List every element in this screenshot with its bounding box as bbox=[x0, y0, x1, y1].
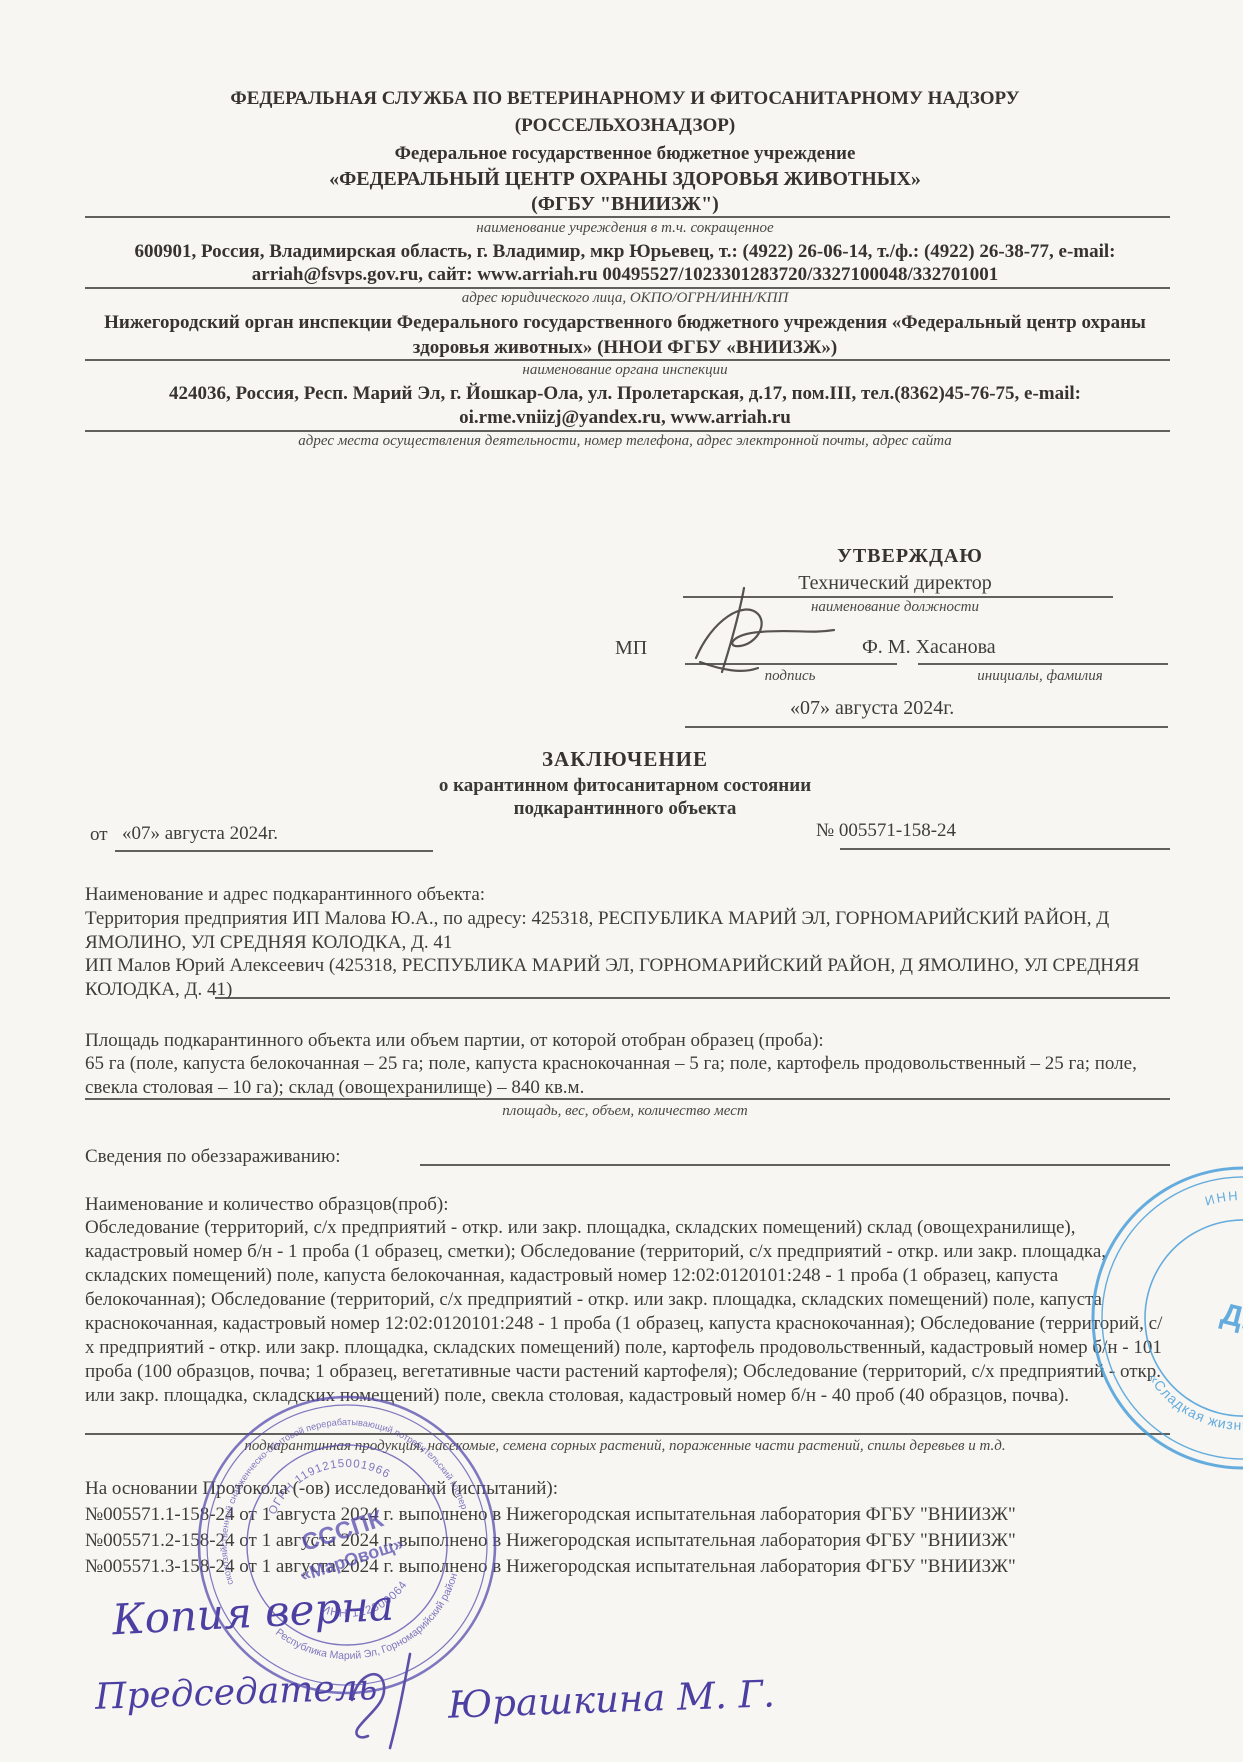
area-label: Площадь подкарантинного объекта или объе… bbox=[85, 1029, 1165, 1053]
approval-date: «07» августа 2024г. bbox=[790, 697, 954, 720]
protocols-label: На основании Протокола (-ов) исследовани… bbox=[85, 1477, 558, 1501]
caption-legal-address: адрес юридического лица, ОКПО/ОГРН/ИНН/К… bbox=[85, 290, 1165, 307]
org-name-line5: (ФГБУ "ВНИИЗЖ") bbox=[85, 193, 1165, 216]
approve-label: УТВЕРЖДАЮ bbox=[800, 545, 1020, 568]
disinfection-label: Сведения по обеззараживанию: bbox=[85, 1145, 341, 1169]
doc-date-underline bbox=[115, 850, 433, 852]
approver-signature-icon bbox=[682, 582, 872, 682]
area-text: 65 га (поле, капуста белокочанная – 25 г… bbox=[85, 1052, 1165, 1099]
doc-date: «07» августа 2024г. bbox=[122, 823, 278, 845]
org-name-line4: «ФЕДЕРАЛЬНЫЙ ЦЕНТР ОХРАНЫ ЗДОРОВЬЯ ЖИВОТ… bbox=[85, 168, 1165, 191]
object-underline bbox=[215, 997, 1170, 999]
object-label: Наименование и адрес подкарантинного объ… bbox=[85, 883, 1165, 907]
handwritten-position: Председатель bbox=[94, 1667, 378, 1718]
name-underline bbox=[918, 663, 1168, 665]
doc-number: № 005571-158-24 bbox=[816, 820, 956, 842]
caption-initials: инициалы, фамилия bbox=[930, 668, 1150, 685]
stamp-center-logo: Дм bbox=[1218, 1297, 1243, 1340]
org-name-line1: ФЕДЕРАЛЬНАЯ СЛУЖБА ПО ВЕТЕРИНАРНОМУ И ФИ… bbox=[85, 88, 1165, 110]
org-name-line2: (РОССЕЛЬХОЗНАДЗОР) bbox=[85, 115, 1165, 137]
signature-underline bbox=[685, 663, 897, 665]
divider bbox=[85, 430, 1170, 432]
disinfection-underline bbox=[420, 1164, 1170, 1166]
caption-inspection-body: наименование органа инспекции bbox=[85, 362, 1165, 379]
approver-name: Ф. М. Хасанова bbox=[862, 636, 996, 659]
divider bbox=[85, 287, 1170, 289]
caption-signature: подпись bbox=[735, 668, 845, 685]
object-text-line1: Территория предприятия ИП Малова Ю.А., п… bbox=[85, 907, 1165, 954]
handwritten-name: Юрашкина М. Г. bbox=[447, 1672, 775, 1726]
object-text: Территория предприятия ИП Малова Ю.А., п… bbox=[85, 907, 1165, 1001]
samples-label: Наименование и количество образцов(проб)… bbox=[85, 1193, 1165, 1217]
caption-activity-address: адрес места осуществления деятельности, … bbox=[85, 433, 1165, 450]
approval-date-underline bbox=[685, 726, 1168, 728]
protocol-item-3: №005571.3-158-24 от 1 августа 2024 г. вы… bbox=[85, 1555, 1016, 1579]
doc-subtitle-line1: о карантинном фитосанитарном состоянии bbox=[85, 775, 1165, 797]
scanned-document-page: ФЕДЕРАЛЬНАЯ СЛУЖБА ПО ВЕТЕРИНАРНОМУ И ФИ… bbox=[0, 0, 1243, 1762]
doc-number-underline bbox=[840, 848, 1170, 850]
org-address-line2: arriah@fsvps.gov.ru, сайт: www.arriah.ru… bbox=[85, 264, 1165, 286]
caption-samples: подкарантинная продукция, насекомые, сем… bbox=[85, 1438, 1165, 1455]
divider bbox=[85, 216, 1170, 218]
doc-title: ЗАКЛЮЧЕНИЕ bbox=[85, 747, 1165, 772]
protocol-item-2: №005571.2-158-24 от 1 августа 2024 г. вы… bbox=[85, 1529, 1016, 1553]
inspection-body-name: Нижегородский орган инспекции Федерально… bbox=[85, 310, 1165, 360]
org-type-line: Федеральное государственное бюджетное уч… bbox=[85, 143, 1165, 165]
mp-mark: МП bbox=[615, 637, 647, 660]
divider bbox=[85, 359, 1170, 361]
object-text-line2: ИП Малов Юрий Алексеевич (425318, РЕСПУБ… bbox=[85, 954, 1165, 1001]
area-underline bbox=[85, 1098, 1170, 1100]
samples-underline bbox=[85, 1433, 1170, 1435]
org-address-line1: 600901, Россия, Владимирская область, г.… bbox=[85, 241, 1165, 263]
handwritten-copy-note: Копия верна bbox=[111, 1581, 395, 1645]
inspection-address-line1: 424036, Россия, Респ. Марий Эл, г. Йошка… bbox=[85, 383, 1165, 405]
protocol-item-1: №005571.1-158-24 от 1 августа 2024 г. вы… bbox=[85, 1503, 1016, 1527]
doc-date-label: от bbox=[90, 824, 108, 846]
caption-org-name: наименование учреждения в т.ч. сокращенн… bbox=[85, 220, 1165, 237]
handwritten-signature-icon bbox=[338, 1648, 448, 1753]
svg-text:ИНН 5233034845: ИНН 5233034845 bbox=[1200, 1175, 1243, 1240]
caption-area: площадь, вес, объем, количество мест bbox=[85, 1103, 1165, 1120]
doc-subtitle-line2: подкарантинного объекта bbox=[85, 798, 1165, 820]
samples-text: Обследование (территорий, с/х предприяти… bbox=[85, 1216, 1165, 1408]
stamp-inn-text: ИНН 5233034845 bbox=[1200, 1175, 1243, 1240]
inspection-address-line2: oi.rme.vniizj@yandex.ru, www.arriah.ru bbox=[85, 407, 1165, 429]
